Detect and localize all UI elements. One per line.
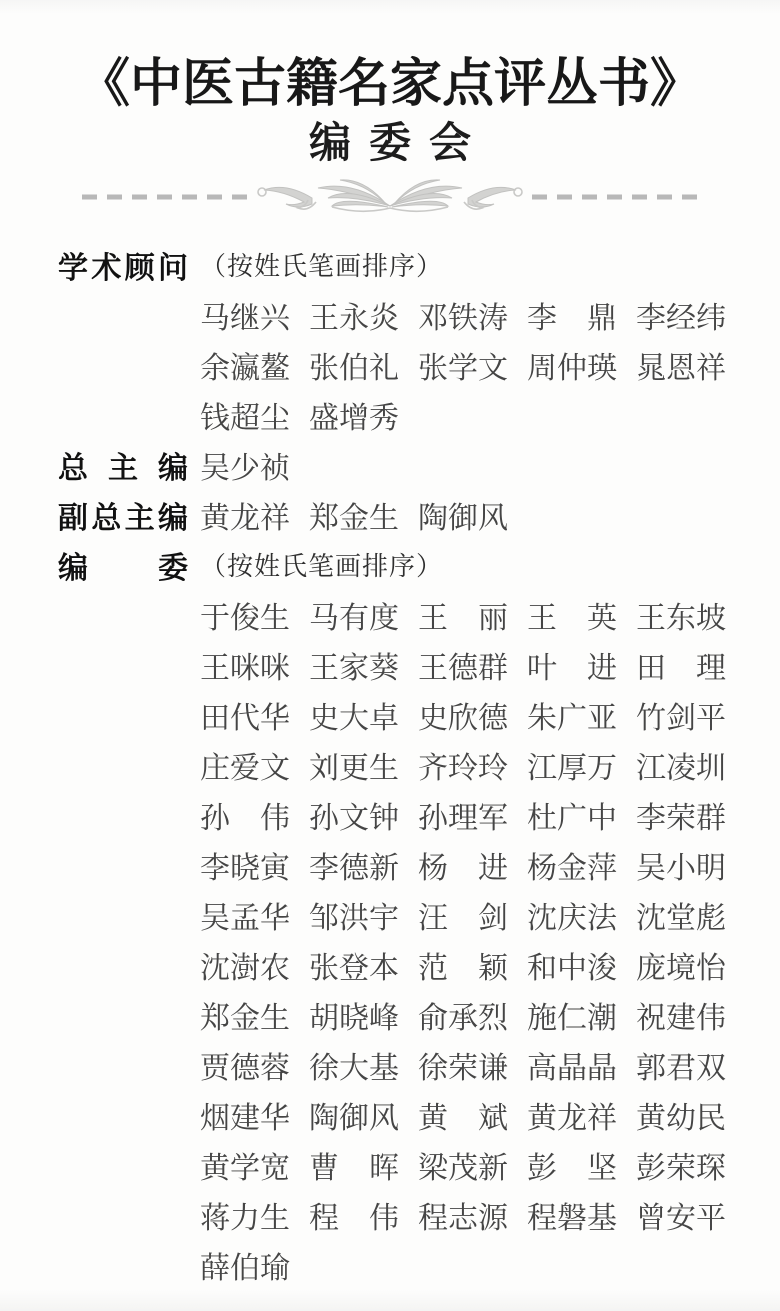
- section-editorial-board: 编委（按姓氏笔画排序）于俊生马有度王 丽王 英王东坡王咪咪王家葵王德群叶 进田 …: [58, 540, 722, 1290]
- member-name: 朱广亚: [527, 693, 617, 737]
- member-name: 程磐基: [527, 1193, 617, 1237]
- member-name: 叶 进: [527, 643, 617, 687]
- member-name: 庄爱文: [200, 743, 290, 787]
- member-name: 吴少祯: [200, 443, 290, 487]
- member-name: 王 英: [527, 593, 617, 637]
- names-row: 李晓寅李德新杨 进杨金萍吴小明: [58, 840, 722, 890]
- member-name: 邹洪宇: [309, 893, 399, 937]
- member-name: 王咪咪: [200, 643, 290, 687]
- member-name: 张学文: [418, 343, 508, 387]
- page-title-editorial-committee: 编委会: [58, 119, 722, 169]
- member-name: 施仁潮: [527, 993, 617, 1037]
- editorial-sections: 学术顾问（按姓氏笔画排序）马继兴王永炎邓铁涛李 鼎李经纬余瀛鳌张伯礼张学文周仲瑛…: [58, 240, 722, 1290]
- names-group: 王咪咪王家葵王德群叶 进田 理: [200, 643, 726, 687]
- names-row: 田代华史大卓史欣德朱广亚竹剑平: [58, 690, 722, 740]
- member-name: 沈庆法: [527, 893, 617, 937]
- member-name: 周仲瑛: [527, 343, 617, 387]
- names-row: 黄学宽曹 晖梁茂新彭 坚彭荣琛: [58, 1140, 722, 1190]
- member-name: 晁恩祥: [636, 343, 726, 387]
- member-name: 李经纬: [636, 293, 726, 337]
- names-group: 钱超尘盛增秀: [200, 393, 399, 437]
- member-name: 黄幼民: [636, 1093, 726, 1137]
- editorial-board-page: 《中医古籍名家点评丛书》 编委会: [0, 0, 780, 1311]
- member-name: 徐荣谦: [418, 1043, 508, 1087]
- section-academic-advisors: 学术顾问（按姓氏笔画排序）马继兴王永炎邓铁涛李 鼎李经纬余瀛鳌张伯礼张学文周仲瑛…: [58, 240, 722, 440]
- member-name: 梁茂新: [418, 1143, 508, 1187]
- member-name: 俞承烈: [418, 993, 508, 1037]
- member-name: 庞境怡: [636, 943, 726, 987]
- member-name: 江凌圳: [636, 743, 726, 787]
- member-name: 余瀛鳌: [200, 343, 290, 387]
- member-name: 李 鼎: [527, 293, 617, 337]
- member-name: 李荣群: [636, 793, 726, 837]
- section-chief-editor: 总主编吴少祯: [58, 440, 722, 490]
- member-name: 胡晓峰: [309, 993, 399, 1037]
- role-label: 副总主编: [58, 493, 188, 537]
- member-name: 于俊生: [200, 593, 290, 637]
- member-name: 杨 进: [418, 843, 508, 887]
- names-row: 孙 伟孙文钟孙理军杜广中李荣群: [58, 790, 722, 840]
- member-name: 盛增秀: [309, 393, 399, 437]
- member-name: 孙 伟: [200, 793, 290, 837]
- section-header: 总主编吴少祯: [58, 440, 722, 490]
- member-name: 曾安平: [636, 1193, 726, 1237]
- member-name: 田代华: [200, 693, 290, 737]
- member-name: 郑金生: [309, 493, 399, 537]
- names-row: 蒋力生程 伟程志源程磐基曾安平: [58, 1190, 722, 1240]
- names-group: 黄学宽曹 晖梁茂新彭 坚彭荣琛: [200, 1143, 726, 1187]
- names-row: 贾德蓉徐大基徐荣谦高晶晶郭君双: [58, 1040, 722, 1090]
- member-name: 杨金萍: [527, 843, 617, 887]
- names-row: 烟建华陶御风黄 斌黄龙祥黄幼民: [58, 1090, 722, 1140]
- names-group: 烟建华陶御风黄 斌黄龙祥黄幼民: [200, 1093, 726, 1137]
- role-label: 学术顾问: [58, 243, 188, 287]
- names-row: 吴孟华邹洪宇汪 剑沈庆法沈堂彪: [58, 890, 722, 940]
- names-group: 田代华史大卓史欣德朱广亚竹剑平: [200, 693, 726, 737]
- names-group: 于俊生马有度王 丽王 英王东坡: [200, 593, 726, 637]
- member-name: 曹 晖: [309, 1143, 399, 1187]
- member-name: 邓铁涛: [418, 293, 508, 337]
- member-name: 黄龙祥: [527, 1093, 617, 1137]
- member-name: 范 颖: [418, 943, 508, 987]
- member-name: 黄 斌: [418, 1093, 508, 1137]
- member-name: 高晶晶: [527, 1043, 617, 1087]
- member-name: 沈堂彪: [636, 893, 726, 937]
- member-name: 彭荣琛: [636, 1143, 726, 1187]
- names-group: 孙 伟孙文钟孙理军杜广中李荣群: [200, 793, 726, 837]
- member-name: 史欣德: [418, 693, 508, 737]
- names-row: 庄爱文刘更生齐玲玲江厚万江凌圳: [58, 740, 722, 790]
- names-group: 李晓寅李德新杨 进杨金萍吴小明: [200, 843, 726, 887]
- member-name: 江厚万: [527, 743, 617, 787]
- names-group: 蒋力生程 伟程志源程磐基曾安平: [200, 1193, 726, 1237]
- sort-order-note: （按姓氏笔画排序）: [200, 546, 443, 583]
- member-name: 黄龙祥: [200, 493, 290, 537]
- member-name: 沈澍农: [200, 943, 290, 987]
- role-label: 编委: [58, 543, 188, 587]
- member-name: 刘更生: [309, 743, 399, 787]
- member-name: 张伯礼: [309, 343, 399, 387]
- names-row: 余瀛鳌张伯礼张学文周仲瑛晁恩祥: [58, 340, 722, 390]
- names-row: 郑金生胡晓峰俞承烈施仁潮祝建伟: [58, 990, 722, 1040]
- names-group: 薛伯瑜: [200, 1243, 290, 1287]
- names-inline: 吴少祯: [200, 443, 290, 487]
- member-name: 钱超尘: [200, 393, 290, 437]
- member-name: 史大卓: [309, 693, 399, 737]
- section-header: 学术顾问（按姓氏笔画排序）: [58, 240, 722, 290]
- member-name: 彭 坚: [527, 1143, 617, 1187]
- member-name: 陶御风: [309, 1093, 399, 1137]
- names-row: 钱超尘盛增秀: [58, 390, 722, 440]
- member-name: 田 理: [636, 643, 726, 687]
- member-name: 程 伟: [309, 1193, 399, 1237]
- names-row: 沈澍农张登本范 颖和中浚庞境怡: [58, 940, 722, 990]
- member-name: 王德群: [418, 643, 508, 687]
- member-name: 祝建伟: [636, 993, 726, 1037]
- member-name: 齐玲玲: [418, 743, 508, 787]
- member-name: 王东坡: [636, 593, 726, 637]
- member-name: 李德新: [309, 843, 399, 887]
- member-name: 汪 剑: [418, 893, 508, 937]
- names-group: 马继兴王永炎邓铁涛李 鼎李经纬: [200, 293, 726, 337]
- floral-flourish-icon: [80, 176, 700, 220]
- names-row: 薛伯瑜: [58, 1240, 722, 1290]
- member-name: 杜广中: [527, 793, 617, 837]
- names-group: 余瀛鳌张伯礼张学文周仲瑛晁恩祥: [200, 343, 726, 387]
- member-name: 马继兴: [200, 293, 290, 337]
- names-group: 郑金生胡晓峰俞承烈施仁潮祝建伟: [200, 993, 726, 1037]
- section-header: 副总主编黄龙祥郑金生陶御风: [58, 490, 722, 540]
- member-name: 李晓寅: [200, 843, 290, 887]
- member-name: 黄学宽: [200, 1143, 290, 1187]
- member-name: 薛伯瑜: [200, 1243, 290, 1287]
- member-name: 烟建华: [200, 1093, 290, 1137]
- member-name: 孙理军: [418, 793, 508, 837]
- member-name: 郑金生: [200, 993, 290, 1037]
- role-label: 总主编: [58, 443, 188, 487]
- series-title: 《中医古籍名家点评丛书》: [58, 54, 722, 115]
- ornamental-divider: [80, 178, 700, 218]
- member-name: 郭君双: [636, 1043, 726, 1087]
- member-name: 和中浚: [527, 943, 617, 987]
- member-name: 徐大基: [309, 1043, 399, 1087]
- names-row: 马继兴王永炎邓铁涛李 鼎李经纬: [58, 290, 722, 340]
- member-name: 竹剑平: [636, 693, 726, 737]
- member-name: 张登本: [309, 943, 399, 987]
- names-group: 贾德蓉徐大基徐荣谦高晶晶郭君双: [200, 1043, 726, 1087]
- names-row: 于俊生马有度王 丽王 英王东坡: [58, 590, 722, 640]
- names-group: 吴孟华邹洪宇汪 剑沈庆法沈堂彪: [200, 893, 726, 937]
- member-name: 程志源: [418, 1193, 508, 1237]
- sort-order-note: （按姓氏笔画排序）: [200, 246, 443, 283]
- section-header: 编委（按姓氏笔画排序）: [58, 540, 722, 590]
- member-name: 吴小明: [636, 843, 726, 887]
- member-name: 王永炎: [309, 293, 399, 337]
- names-group: 沈澍农张登本范 颖和中浚庞境怡: [200, 943, 726, 987]
- member-name: 贾德蓉: [200, 1043, 290, 1087]
- member-name: 孙文钟: [309, 793, 399, 837]
- section-deputy-chief-editors: 副总主编黄龙祥郑金生陶御风: [58, 490, 722, 540]
- names-inline: 黄龙祥郑金生陶御风: [200, 493, 508, 537]
- member-name: 王家葵: [309, 643, 399, 687]
- names-row: 王咪咪王家葵王德群叶 进田 理: [58, 640, 722, 690]
- member-name: 蒋力生: [200, 1193, 290, 1237]
- member-name: 陶御风: [418, 493, 508, 537]
- names-group: 庄爱文刘更生齐玲玲江厚万江凌圳: [200, 743, 726, 787]
- member-name: 吴孟华: [200, 893, 290, 937]
- member-name: 王 丽: [418, 593, 508, 637]
- member-name: 马有度: [309, 593, 399, 637]
